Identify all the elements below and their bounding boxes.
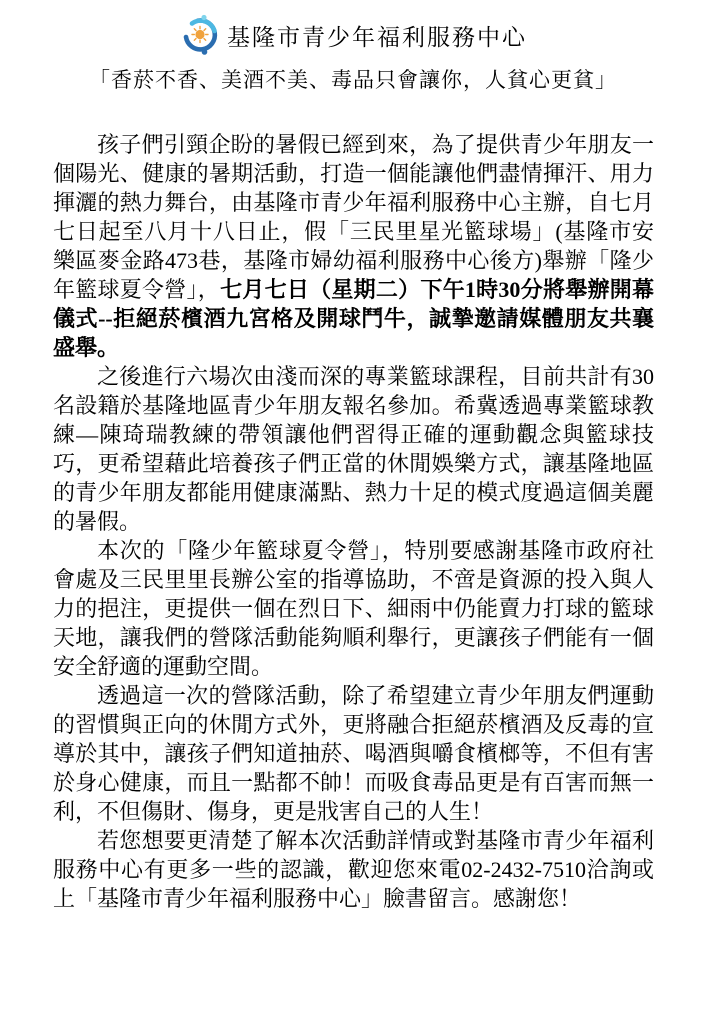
document-body: 孩子們引頸企盼的暑假已經到來，為了提供青少年朋友一個陽光、健康的暑期活動，打造一…	[53, 130, 654, 913]
paragraph-text: 若您想要更清楚了解本次活動詳情或對基隆市青少年福利服務中心有更多一些的認識，歡迎…	[53, 828, 654, 911]
press-release-page: 基隆市青少年福利服務中心 「香菸不香、美酒不美、毒品只會讓你，人貧心更貧」 孩子…	[0, 0, 706, 1024]
paragraph-text: 之後進行六場次由淺而深的專業籃球課程，目前共計有30名設籍於基隆地區青少年朋友報…	[53, 364, 654, 534]
paragraph-text: 透過這一次的營隊活動，除了希望建立青少年朋友們運動的習慣與正向的休閒方式外，更將…	[53, 683, 654, 824]
page-title: 基隆市青少年福利服務中心	[227, 19, 527, 52]
paragraph-text: 本次的「隆少年籃球夏令營」，特別要感謝基隆市政府社會處及三民里里長辦公室的指導協…	[53, 538, 654, 679]
paragraph: 之後進行六場次由淺而深的專業籃球課程，目前共計有30名設籍於基隆地區青少年朋友報…	[53, 362, 654, 536]
paragraph: 本次的「隆少年籃球夏令營」，特別要感謝基隆市政府社會處及三民里里長辦公室的指導協…	[53, 536, 654, 681]
slogan-subtitle: 「香菸不香、美酒不美、毒品只會讓你，人貧心更貧」	[0, 64, 706, 94]
document-header: 基隆市青少年福利服務中心	[0, 0, 706, 56]
paragraph: 透過這一次的營隊活動，除了希望建立青少年朋友們運動的習慣與正向的休閒方式外，更將…	[53, 681, 654, 826]
center-logo-icon	[179, 14, 221, 56]
paragraph: 若您想要更清楚了解本次活動詳情或對基隆市青少年福利服務中心有更多一些的認識，歡迎…	[53, 826, 654, 913]
paragraph: 孩子們引頸企盼的暑假已經到來，為了提供青少年朋友一個陽光、健康的暑期活動，打造一…	[53, 130, 654, 362]
